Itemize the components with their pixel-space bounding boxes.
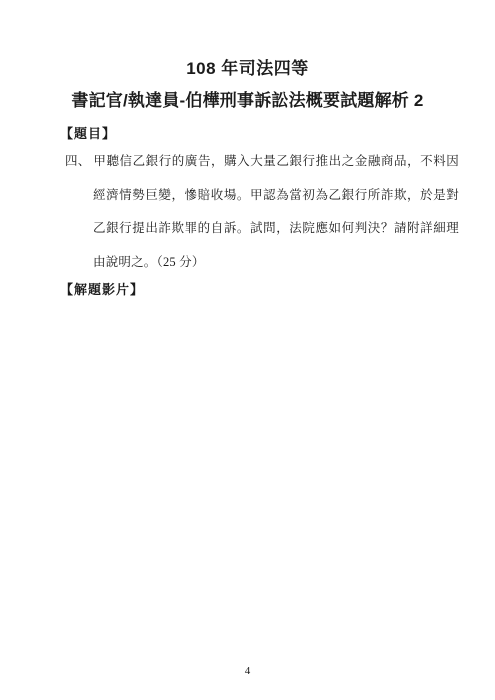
question-number: 四、 <box>65 145 93 179</box>
document-page: 108 年司法四等 書記官/執達員-伯樺刑事訴訟法概要試題解析 2 【題目】 四… <box>0 0 495 700</box>
exam-year-title: 108 年司法四等 <box>0 0 495 80</box>
question-text: 甲聽信乙銀行的廣告，購入大量乙銀行推出之金融商品，不料因經濟情勢巨變，慘賠收場。… <box>93 154 459 269</box>
video-section-label: 【解題影片】 <box>60 281 495 299</box>
question-paragraph: 四、甲聽信乙銀行的廣告，購入大量乙銀行推出之金融商品，不料因經濟情勢巨變，慘賠收… <box>65 145 459 279</box>
page-number: 4 <box>0 664 495 678</box>
exam-subject-title: 書記官/執達員-伯樺刑事訴訟法概要試題解析 2 <box>0 90 495 112</box>
question-section-label: 【題目】 <box>60 125 495 143</box>
